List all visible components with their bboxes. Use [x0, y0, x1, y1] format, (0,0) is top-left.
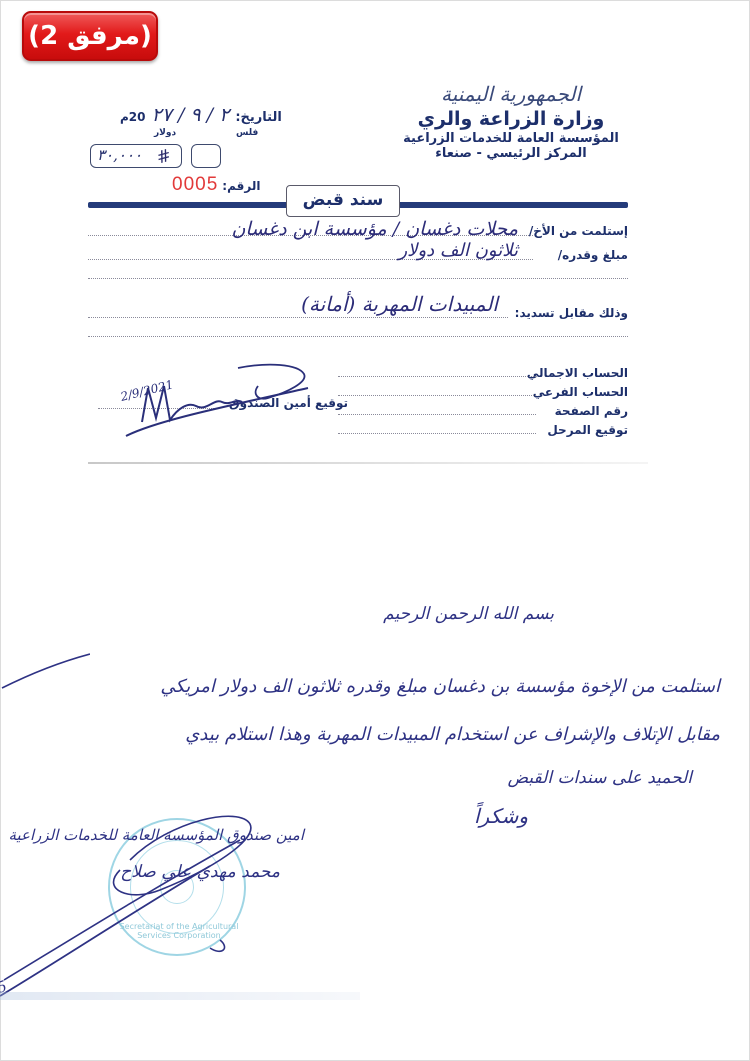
- date-value: ٢ / ٩ / ٢٧: [152, 104, 230, 126]
- purpose-label: وذلك مقابل تسديد:: [515, 306, 628, 320]
- thanks-text: وشكراً: [474, 804, 528, 828]
- republic-name: الجمهورية اليمنية: [396, 82, 626, 106]
- account-row-page: رقم الصفحة: [338, 400, 628, 418]
- ministry-name: وزارة الزراعة والري: [396, 108, 626, 130]
- amount-label: مبلغ وقدره/: [558, 248, 628, 262]
- number-value: 0005: [172, 174, 218, 196]
- amount-value: ثلاثون الف دولار: [398, 240, 518, 261]
- date-label: التاريخ:: [235, 110, 281, 125]
- page-fold-divider: [88, 462, 648, 464]
- account-row-sub: الحساب الفرعي: [338, 381, 628, 399]
- purpose-value: المبيدات المهربة (أمانة): [301, 292, 498, 316]
- hatch-mark-icon: #: [154, 146, 173, 170]
- cashier-signature-block: توقيع أمين الصندوق 2/9/2021: [108, 360, 348, 440]
- amount-field: مبلغ وقدره/ ثلاثون الف دولار: [88, 242, 628, 264]
- signatory-signature-icon: 2021/4/5: [0, 810, 330, 1000]
- date-suffix: 20م: [120, 110, 146, 124]
- headquarters-location: المركز الرئيسي - صنعاء: [396, 146, 626, 161]
- purpose-field: وذلك مقابل تسديد: المبيدات المهربة (أمان…: [88, 300, 628, 322]
- number-label: الرقم:: [222, 179, 260, 193]
- account-label: الحساب الاجمالي: [527, 366, 628, 380]
- letter-line-1: استلمت من الإخوة مؤسسة بن دغسان مبلغ وقد…: [160, 676, 720, 697]
- cashier-signature-icon: 2/9/2021: [118, 358, 318, 440]
- account-row-poster-signature: توقيع المرحل: [338, 419, 628, 437]
- dollar-amount-box: ٣٠,٠٠٠ #: [90, 144, 182, 168]
- dollar-label: دولار: [154, 128, 176, 138]
- dotted-line: [88, 317, 508, 318]
- handwritten-letter: بسم الله الرحمن الرحيم استلمت من الإخوة …: [0, 480, 750, 1000]
- fils-amount-box: [191, 144, 221, 168]
- dotted-line: [338, 395, 536, 396]
- receipt-voucher: الجمهورية اليمنية وزارة الزراعة والري ال…: [88, 78, 648, 468]
- fils-label: فلس: [236, 128, 258, 138]
- attachment-badge: (مرفق 2): [22, 11, 158, 61]
- dollar-amount: ٣٠,٠٠٠: [97, 146, 142, 164]
- account-label: الحساب الفرعي: [533, 385, 628, 399]
- account-row-total: الحساب الاجمالي: [338, 362, 628, 380]
- date-row: التاريخ: ٢ / ٩ / ٢٧ 20م: [120, 104, 282, 126]
- pen-stroke-icon: [0, 652, 90, 692]
- letter-line-2: مقابل الإتلاف والإشراف عن استخدام المبيد…: [185, 724, 720, 745]
- voucher-title: سند قبض: [286, 185, 400, 217]
- dotted-line: [88, 336, 628, 337]
- dotted-line: [338, 433, 536, 434]
- letter-line-3: الحميد على سندات القبض: [508, 768, 692, 788]
- account-label: توقيع المرحل: [547, 423, 628, 437]
- dotted-line: [338, 414, 536, 415]
- received-from-value: محلات دغسان / مؤسسة ابن دغسان: [231, 218, 518, 240]
- received-from-label: إستلمت من الأخ/: [529, 224, 628, 238]
- dotted-line: [88, 278, 628, 279]
- letterhead: الجمهورية اليمنية وزارة الزراعة والري ال…: [396, 82, 626, 161]
- dotted-line: [338, 376, 536, 377]
- basmala: بسم الله الرحمن الرحيم: [383, 604, 554, 624]
- account-label: رقم الصفحة: [555, 404, 628, 418]
- corporation-name: المؤسسة العامة للخدمات الزراعية: [396, 131, 626, 146]
- received-from-field: إستلمت من الأخ/ محلات دغسان / مؤسسة ابن …: [88, 218, 628, 240]
- scan-smudge: [0, 992, 360, 1000]
- receipt-number: الرقم: 0005: [172, 174, 260, 196]
